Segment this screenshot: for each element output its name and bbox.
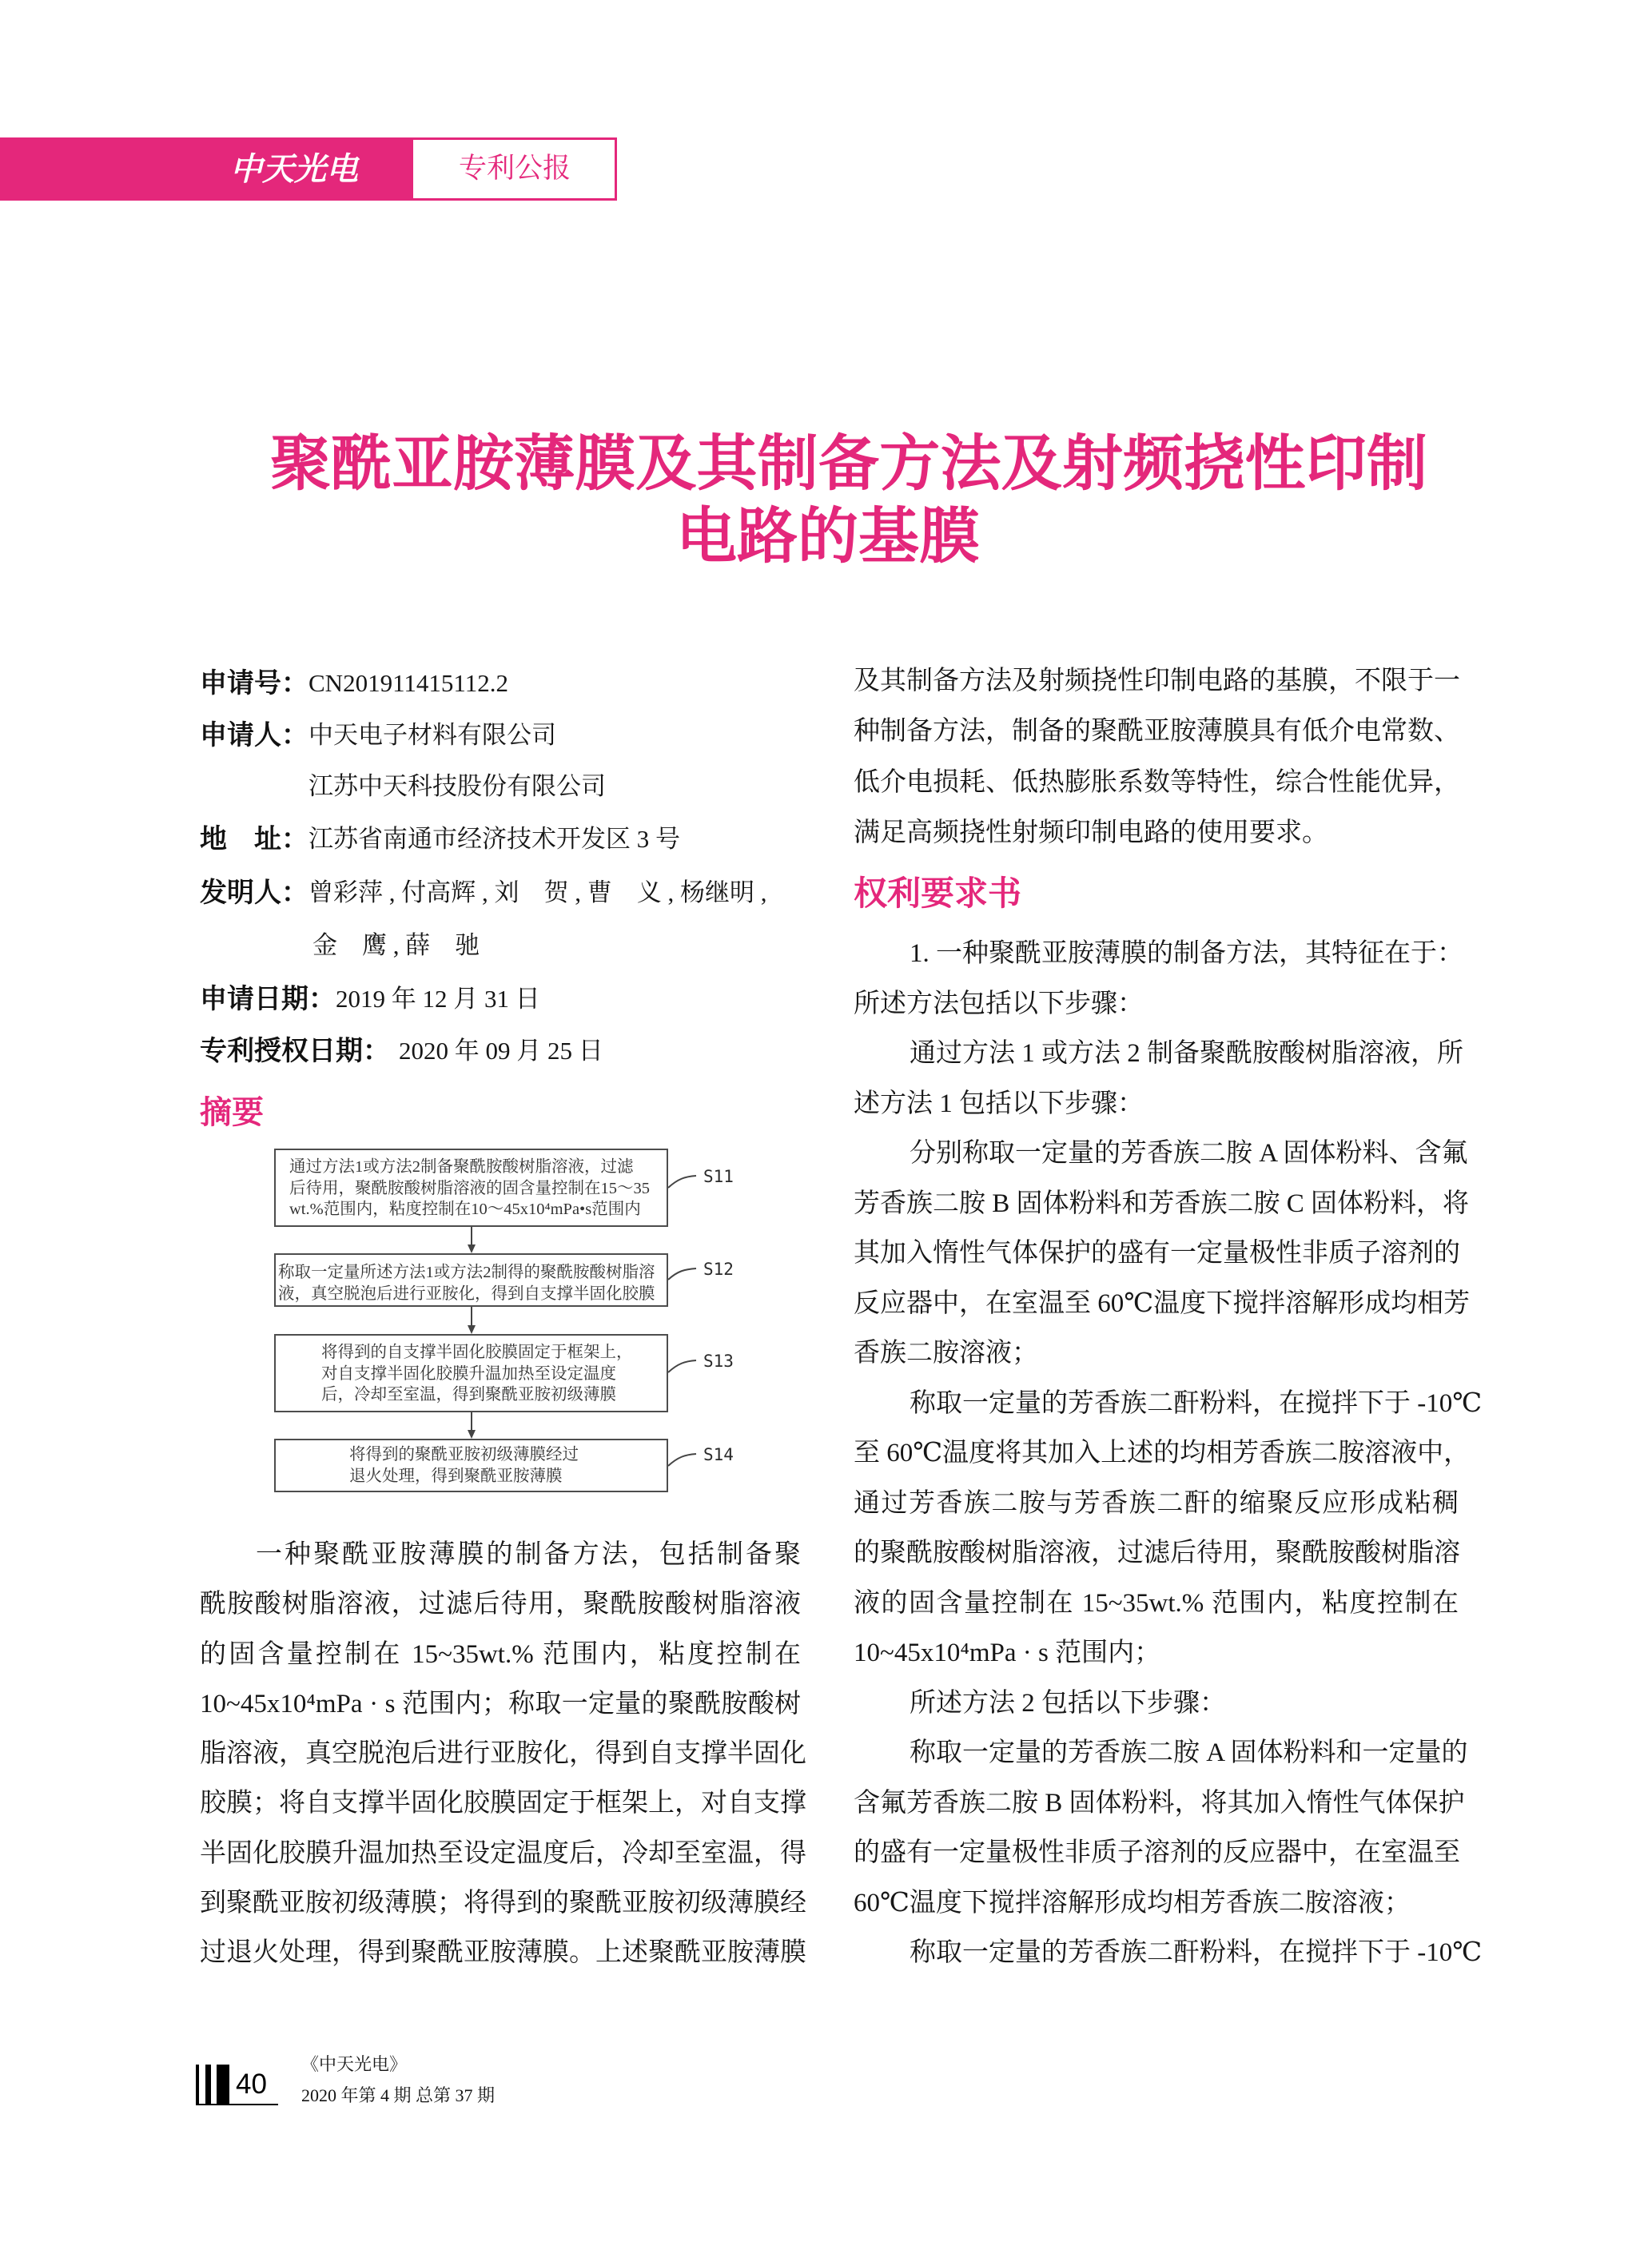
footer-bar-icon <box>205 2065 211 2105</box>
text-line: 10~45x10⁴mPa · s 范围内； <box>854 1628 1459 1679</box>
flow-step-s11-box: 通过方法1或方法2制备聚酰胺酸树脂溶液，过滤 后待用，聚酰胺酸树脂溶液的固含量控… <box>274 1149 668 1227</box>
flow-step-s12-box: 称取一定量所述方法1或方法2制得的聚酰胺酸树脂溶 液，真空脱泡后进行亚胺化，得到… <box>274 1253 668 1307</box>
text-line: 的盛有一定量极性非质子溶剂的反应器中，在室温至 <box>854 1828 1459 1878</box>
flow-step-text: 将得到的聚酰亚胺初级薄膜经过 <box>349 1444 667 1466</box>
leader-line-s14 <box>668 1454 696 1466</box>
meta-value: 2019 年 12 月 31 日 <box>336 979 540 1019</box>
meta-value: 江苏省南通市经济技术开发区 3 号 <box>309 819 680 859</box>
flow-step-s14-box: 将得到的聚酰亚胺初级薄膜经过 退火处理，得到聚酰亚胺薄膜 <box>274 1439 668 1492</box>
footer-bar-icon <box>196 2065 199 2105</box>
text-line: 称取一定量的芳香族二酐粉料，在搅拌下于 -10℃ <box>854 1928 1459 1978</box>
abstract-heading: 摘要 <box>200 1093 264 1133</box>
flow-step-text: 对自支撑半固化胶膜升温加热至设定温度 <box>321 1364 667 1385</box>
footer-journal-name: 《中天光电》 <box>301 2054 407 2075</box>
meta-row-applicant-cont: 江苏中天科技股份有限公司 <box>0 767 799 806</box>
arrowhead-icon <box>468 1430 476 1439</box>
text-line: 到聚酰亚胺初级薄膜；将得到的聚酰亚胺初级薄膜经 <box>200 1878 801 1928</box>
journal-brand-logo: 中天光电 <box>230 137 358 201</box>
article-title-line-1: 聚酰亚胺薄膜及其制备方法及射频挠性印制 <box>270 427 1427 500</box>
text-line: 酰胺酸树脂溶液，过滤后待用，聚酰胺酸树脂溶液 <box>200 1579 801 1629</box>
meta-value: 江苏中天科技股份有限公司 <box>309 767 606 806</box>
flow-step-text: 称取一定量所述方法1或方法2制得的聚酰胺酸树脂溶 <box>278 1262 667 1284</box>
text-line: 脂溶液，真空脱泡后进行亚胺化，得到自支撑半固化 <box>200 1729 801 1778</box>
text-line: 过退火处理，得到聚酰亚胺薄膜。上述聚酰亚胺薄膜 <box>200 1928 801 1977</box>
text-line: 其加入惰性气体保护的盛有一定量极性非质子溶剂的 <box>854 1229 1459 1279</box>
section-tag-label: 专利公报 <box>459 140 571 198</box>
text-line: 通过芳香族二胺与芳香族二酐的缩聚反应形成粘稠 <box>854 1479 1459 1529</box>
text-line: 芳香族二胺 B 固体粉料和芳香族二胺 C 固体粉料，将 <box>854 1179 1459 1229</box>
meta-label: 申请人： <box>200 715 309 755</box>
text-line: 通过方法 1 或方法 2 制备聚酰胺酸树脂溶液，所 <box>854 1029 1459 1079</box>
flow-step-text: 将得到的自支撑半固化胶膜固定于框架上， <box>321 1342 667 1364</box>
text-line: 的固含量控制在 15~35wt.% 范围内，粘度控制在 <box>200 1630 801 1679</box>
text-line: 10~45x10⁴mPa · s 范围内；称取一定量的聚酰胺酸树 <box>200 1679 801 1729</box>
meta-label: 申请号： <box>200 663 309 703</box>
meta-label: 地 址： <box>200 819 309 859</box>
text-line: 液的固含量控制在 15~35wt.% 范围内，粘度控制在 <box>854 1579 1459 1629</box>
text-line: 低介电损耗、低热膨胀系数等特性，综合性能优异， <box>854 758 1459 808</box>
text-line: 胶膜；将自支撑半固化胶膜固定于框架上，对自支撑 <box>200 1778 801 1828</box>
flow-step-text: wt.%范围内，粘度控制在10～45x10⁴mPa•s范围内 <box>289 1199 667 1221</box>
text-line: 反应器中，在室温至 60℃温度下搅拌溶解形成均相芳 <box>854 1279 1459 1329</box>
flow-step-text: 退火处理，得到聚酰亚胺薄膜 <box>349 1466 667 1487</box>
text-line: 称取一定量的芳香族二酐粉料，在搅拌下于 -10℃ <box>854 1379 1459 1429</box>
article-title-line-2: 电路的基膜 <box>668 500 988 573</box>
text-line: 半固化胶膜升温加热至设定温度后，冷却至室温，得 <box>200 1829 801 1878</box>
text-line: 种制备方法，制备的聚酰亚胺薄膜具有低介电常数、 <box>854 707 1459 757</box>
footer-rule <box>196 2104 278 2105</box>
flow-step-label-s11: S11 <box>703 1166 734 1187</box>
text-line: 香族二胺溶液； <box>854 1328 1459 1379</box>
meta-row-application-no: 申请号： CN201911415112.2 <box>0 663 799 703</box>
leader-line-s13 <box>668 1360 696 1372</box>
meta-row-address: 地 址： 江苏省南通市经济技术开发区 3 号 <box>0 819 799 859</box>
text-line: 所述方法包括以下步骤： <box>854 979 1459 1029</box>
meta-value: 曾彩萍 , 付高辉 , 刘 贺 , 曹 义 , 杨继明 , <box>309 873 767 913</box>
meta-row-inventors-cont: 金 鹰 , 薛 驰 <box>0 926 799 966</box>
text-line: 含氟芳香族二胺 B 固体粉料，将其加入惰性气体保护 <box>854 1778 1459 1829</box>
text-line: 一种聚酰亚胺薄膜的制备方法，包括制备聚 <box>200 1530 801 1579</box>
meta-row-applicant: 申请人： 中天电子材料有限公司 <box>0 715 799 755</box>
meta-value: CN201911415112.2 <box>309 663 508 703</box>
abstract-body: 一种聚酰亚胺薄膜的制备方法，包括制备聚 酰胺酸树脂溶液，过滤后待用，聚酰胺酸树脂… <box>200 1530 801 1978</box>
meta-row-filing-date: 申请日期： 2019 年 12 月 31 日 <box>0 979 799 1019</box>
flow-step-label-s13: S13 <box>703 1351 734 1372</box>
text-line: 满足高频挠性射频印制电路的使用要求。 <box>854 808 1459 858</box>
leader-line-s12 <box>668 1268 696 1280</box>
text-line: 及其制备方法及射频挠性印制电路的基膜，不限于一 <box>854 656 1459 707</box>
claims-body: 1. 一种聚酰亚胺薄膜的制备方法，其特征在于： 所述方法包括以下步骤： 通过方法… <box>854 929 1459 1978</box>
claims-heading: 权利要求书 <box>854 874 1021 914</box>
page-number: 40 <box>236 2069 267 2101</box>
text-line: 分别称取一定量的芳香族二胺 A 固体粉料、含氟 <box>854 1129 1459 1179</box>
flow-step-label-s12: S12 <box>703 1259 734 1280</box>
abstract-body-continued: 及其制备方法及射频挠性印制电路的基膜，不限于一 种制备方法，制备的聚酰亚胺薄膜具… <box>854 656 1459 858</box>
flow-step-text: 液，真空脱泡后进行亚胺化，得到自支撑半固化胶膜 <box>278 1284 667 1305</box>
text-line: 60℃温度下搅拌溶解形成均相芳香族二胺溶液； <box>854 1878 1459 1929</box>
meta-label: 申请日期： <box>200 979 336 1019</box>
section-tag-box: 专利公报 <box>413 137 617 201</box>
text-line: 述方法 1 包括以下步骤： <box>854 1079 1459 1129</box>
flow-step-text: 后待用，聚酰胺酸树脂溶液的固含量控制在15～35 <box>289 1178 667 1200</box>
text-line: 所述方法 2 包括以下步骤： <box>854 1679 1459 1729</box>
arrowhead-icon <box>468 1244 476 1253</box>
flow-step-text: 后，冷却至室温，得到聚酰亚胺初级薄膜 <box>321 1384 667 1406</box>
footer-issue-info: 2020 年第 4 期 总第 37 期 <box>301 2085 495 2106</box>
header-brand-band: 中天光电 <box>0 137 413 201</box>
flow-step-s13-box: 将得到的自支撑半固化胶膜固定于框架上， 对自支撑半固化胶膜升温加热至设定温度 后… <box>274 1334 668 1412</box>
meta-value: 中天电子材料有限公司 <box>309 715 556 755</box>
text-line: 1. 一种聚酰亚胺薄膜的制备方法，其特征在于： <box>854 929 1459 979</box>
flow-step-text: 通过方法1或方法2制备聚酰胺酸树脂溶液，过滤 <box>289 1157 667 1178</box>
text-line: 至 60℃温度将其加入上述的均相芳香族二胺溶液中， <box>854 1428 1459 1479</box>
leader-line-s11 <box>668 1176 696 1188</box>
meta-label: 发明人： <box>200 873 309 913</box>
meta-row-grant-date: 专利授权日期： 2020 年 09 月 25 日 <box>0 1031 799 1071</box>
meta-row-inventors: 发明人： 曾彩萍 , 付高辉 , 刘 贺 , 曹 义 , 杨继明 , <box>0 873 799 913</box>
flow-step-label-s14: S14 <box>703 1444 734 1465</box>
arrowhead-icon <box>468 1325 476 1334</box>
magazine-page: 中天光电 专利公报 聚酰亚胺薄膜及其制备方法及射频挠性印制 电路的基膜 申请号：… <box>0 0 1652 2242</box>
text-line: 称取一定量的芳香族二胺 A 固体粉料和一定量的 <box>854 1728 1459 1778</box>
meta-value: 2020 年 09 月 25 日 <box>399 1031 603 1071</box>
text-line: 的聚酰胺酸树脂溶液，过滤后待用，聚酰胺酸树脂溶 <box>854 1528 1459 1579</box>
footer-bar-icon <box>217 2065 229 2105</box>
meta-label: 专利授权日期： <box>200 1031 390 1071</box>
meta-value: 金 鹰 , 薛 驰 <box>312 926 480 966</box>
